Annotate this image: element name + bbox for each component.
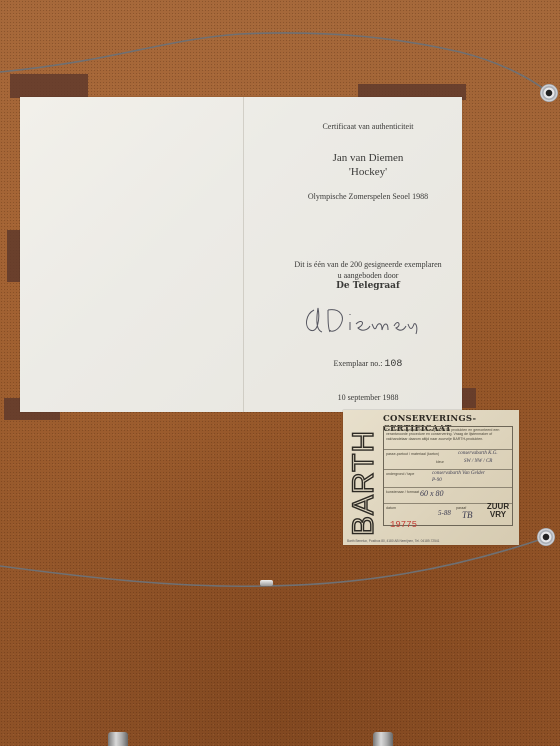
artwork-title: 'Hockey' [263,166,473,178]
field-value: SW / NW / CR [464,459,492,464]
frame-clip-right [373,732,393,746]
copy-number-label: Exemplaar no.: [334,359,383,368]
field-value: 60 x 80 [420,489,444,498]
paper-fold-line [243,97,244,412]
event-name: Olympische Zomerspelen Seoel 1988 [263,192,473,201]
label-intro: Dit werk is ingelijst met zuurvrije BART… [384,427,512,442]
edition-line-1: Dit is één van de 200 gesigneerde exempl… [263,260,473,269]
artist-signature [300,300,420,340]
frame-clip-left [108,732,128,746]
field-label: ondergrond / tape [386,472,414,476]
publisher-name: De Telegraaf [263,281,473,291]
field-value: conservabarth K.G. [458,451,498,456]
edition-line-2: u aangeboden door [263,271,473,280]
certificate-date: 10 september 1988 [263,393,473,402]
field-value: P-90 [432,478,442,483]
row-ondergrond: ondergrond / tape conservabarth Van Geld… [384,469,512,486]
zuurvry-badge: ZUUR VRY [483,503,513,519]
copy-number: 108 [384,359,402,370]
svg-text:BARTH: BARTH [347,430,379,536]
wire-ferrule [260,580,273,586]
row-passe-partout: passe-partout / materiaal (karton) conse… [384,449,512,468]
badge-line-2: VRY [483,511,513,519]
serial-number: 19775 [390,520,417,530]
tape-top-left [10,74,88,98]
certificate-of-authenticity: Certificaat van authenticiteit Jan van D… [20,97,462,412]
field-value: 5-88 [438,509,451,517]
artist-name: Jan van Diemen [263,152,473,164]
barth-logo: BARTH [345,420,379,538]
label-footer: Barth Benelux, Postbus 80, 4180 AB Neeri… [347,539,515,543]
certificate-heading: Certificaat van authenticiteit [263,122,473,131]
top-screw-eye [540,84,558,102]
field-label: kunstenaar / formaat [386,490,419,494]
copy-number-line: Exemplaar no.: 108 [263,359,473,370]
bottom-screw-eye [537,528,555,546]
field-value: conservabarth Van Gelder [432,471,485,476]
field-label: datum [386,506,396,510]
row-formaat: kunstenaar / formaat 60 x 80 [384,487,512,502]
barth-conservation-certificate: BARTH CONSERVERINGS-CERTIFICAAT Dit werk… [343,410,519,545]
field-label: kleur [436,460,444,464]
field-value: TB [462,510,473,520]
field-label: passe-partout / materiaal (karton) [386,452,439,456]
